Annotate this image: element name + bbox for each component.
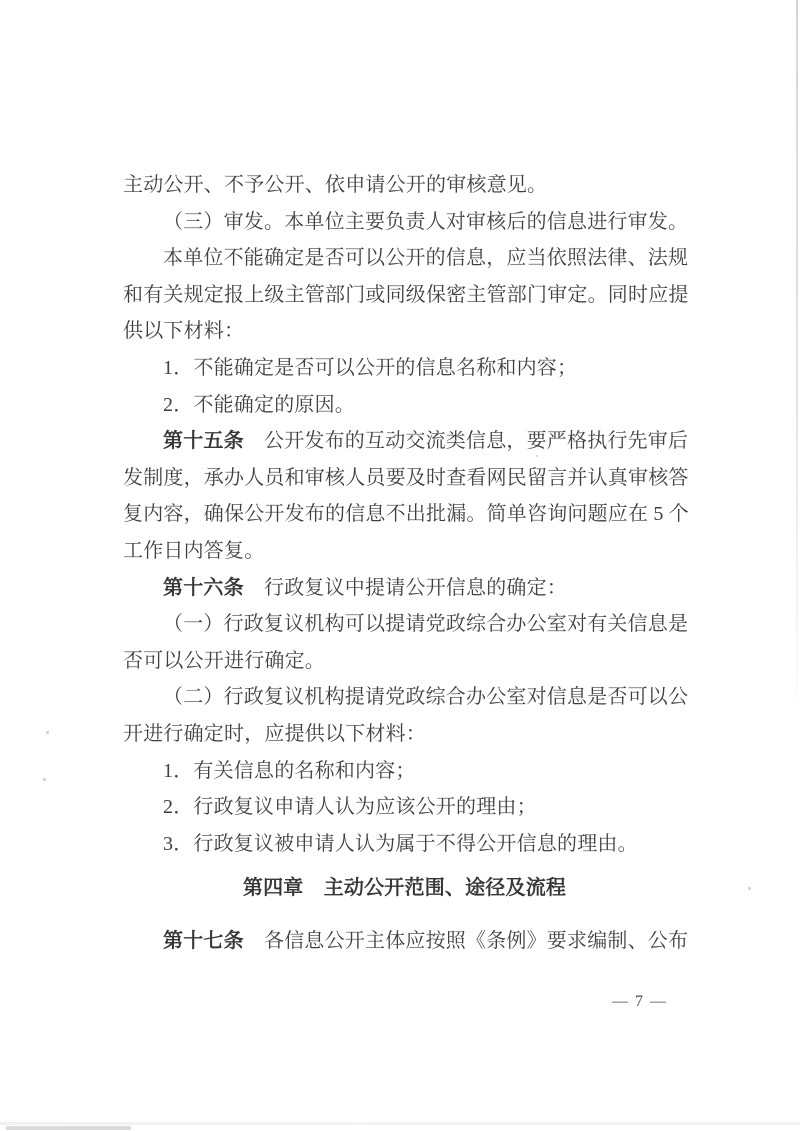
text-line: 否可以公开进行确定。 (123, 643, 686, 680)
scanned-document-page: 主动公开、不予公开、依申请公开的审核意见。（三）审发。本单位主要负责人对审核后的… (0, 0, 800, 1131)
text-line: 3．行政复议被申请人认为属于不得公开信息的理由。 (123, 826, 686, 863)
bold-term: 第十六条 (163, 577, 244, 599)
text-line: 第十五条 公开发布的互动交流类信息，要严格执行先审后 (123, 423, 686, 460)
text-line: 复内容，确保公开发布的信息不出批漏。简单咨询问题应在 5 个 (123, 496, 686, 533)
text-line: 本单位不能确定是否可以公开的信息，应当依照法律、法规 (123, 240, 686, 277)
text-segment: 1．不能确定是否可以公开的信息名称和内容； (163, 357, 577, 379)
bold-term: 第十五条 (163, 430, 244, 452)
text-line: 1．不能确定是否可以公开的信息名称和内容； (123, 350, 686, 387)
text-segment: （一）行政复议机构可以提请党政综合办公室对有关信息是 (163, 613, 688, 635)
text-line: 2．不能确定的原因。 (123, 387, 686, 424)
chapter-heading: 第四章 主动公开范围、途径及流程 (123, 870, 686, 907)
text-segment: 工作日内答复。 (123, 540, 264, 562)
scan-speck (46, 731, 49, 734)
scan-edge-artifact (796, 0, 798, 730)
text-line: （二）行政复议机构提请党政综合办公室对信息是否可以公 (123, 679, 686, 716)
text-line: 和有关规定报上级主管部门或同级保密主管部门审定。同时应提 (123, 277, 686, 314)
scan-speck (43, 778, 46, 781)
text-line: 第十六条 行政复议中提请公开信息的确定： (123, 570, 686, 607)
bold-term: 第四章 主动公开范围、途径及流程 (243, 877, 566, 899)
text-segment: 1．有关信息的名称和内容； (163, 760, 416, 782)
text-segment: 公开发布的互动交流类信息，要严格执行先审后 (244, 430, 688, 452)
text-line: 发制度，承办人员和审核人员要及时查看网民留言并认真审核答 (123, 460, 686, 497)
text-segment: 行政复议中提请公开信息的确定： (244, 577, 567, 599)
text-segment: 否可以公开进行确定。 (123, 650, 325, 672)
text-line: 开进行确定时，应提供以下材料： (123, 716, 686, 753)
scan-bottom-corner-artifact (6, 1126, 131, 1130)
text-segment: （三）审发。本单位主要负责人对审核后的信息进行审发。 (163, 211, 688, 233)
text-segment: 2．行政复议申请人认为应该公开的理由； (163, 796, 537, 818)
text-segment: 供以下材料： (123, 320, 244, 342)
text-segment: 发制度，承办人员和审核人员要及时查看网民留言并认真审核答 (123, 467, 689, 489)
document-body: 主动公开、不予公开、依申请公开的审核意见。（三）审发。本单位主要负责人对审核后的… (123, 167, 686, 959)
page-number: — 7 — (612, 993, 668, 1011)
text-line: 供以下材料： (123, 313, 686, 350)
text-segment: （二）行政复议机构提请党政综合办公室对信息是否可以公 (163, 686, 688, 708)
bold-term: 第十七条 (163, 930, 244, 952)
text-segment: 各信息公开主体应按照《条例》要求编制、公布 (244, 930, 688, 952)
text-line: 第十七条 各信息公开主体应按照《条例》要求编制、公布 (123, 923, 686, 960)
text-segment: 2．不能确定的原因。 (163, 394, 355, 416)
text-segment: 和有关规定报上级主管部门或同级保密主管部门审定。同时应提 (123, 284, 689, 306)
text-line: （一）行政复议机构可以提请党政综合办公室对有关信息是 (123, 606, 686, 643)
text-line: （三）审发。本单位主要负责人对审核后的信息进行审发。 (123, 204, 686, 241)
text-segment: 主动公开、不予公开、依申请公开的审核意见。 (123, 174, 547, 196)
text-line: 1．有关信息的名称和内容； (123, 753, 686, 790)
text-segment: 复内容，确保公开发布的信息不出批漏。简单咨询问题应在 5 个 (123, 503, 689, 525)
text-segment: 开进行确定时，应提供以下材料： (123, 723, 426, 745)
text-line: 2．行政复议申请人认为应该公开的理由； (123, 789, 686, 826)
scan-bottom-artifact (0, 1122, 800, 1125)
scan-speck (748, 887, 751, 890)
text-line: 主动公开、不予公开、依申请公开的审核意见。 (123, 167, 686, 204)
text-line: 工作日内答复。 (123, 533, 686, 570)
text-segment: 3．行政复议被申请人认为属于不得公开信息的理由。 (163, 833, 638, 855)
text-segment: 本单位不能确定是否可以公开的信息，应当依照法律、法规 (163, 247, 688, 269)
